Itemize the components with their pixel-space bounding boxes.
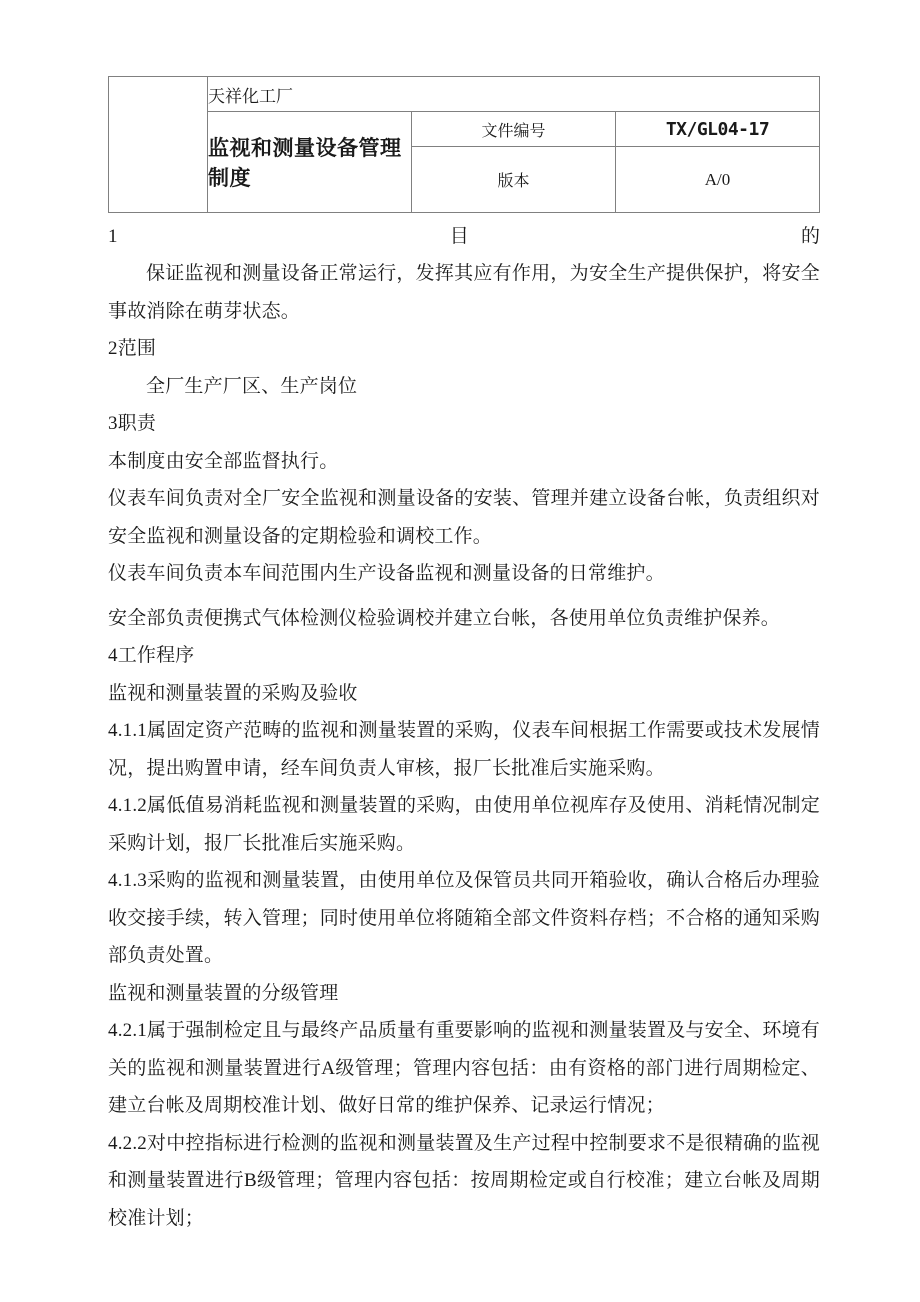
document-page: 天祥化工厂 监视和测量设备管理制度 文件编号 TX/GL04-17 版本 A/0…	[0, 0, 920, 1302]
doc-number-label: 文件编号	[481, 123, 545, 140]
section-heading-char-left: 目	[450, 218, 469, 255]
paragraph-4-1-2: 4.1.2属低值易消耗监视和测量装置的采购，由使用单位视库存及使用、消耗情况制定…	[108, 787, 820, 862]
doc-number-value: TX/GL04-17	[666, 119, 769, 140]
version-label: 版本	[497, 173, 529, 190]
paragraph-duty-3: 仪表车间负责本车间范围内生产设备监视和测量设备的日常维护。	[108, 555, 820, 593]
logo-cell	[109, 77, 208, 213]
section-heading-purpose: 1 目 的	[108, 218, 820, 255]
paragraph-4-1-3: 4.1.3采购的监视和测量装置，由使用单位及保管员共同开箱验收，确认合格后办理验…	[108, 862, 820, 975]
doc-number-value-cell: TX/GL04-17	[616, 112, 820, 147]
document-header-table: 天祥化工厂 监视和测量设备管理制度 文件编号 TX/GL04-17 版本 A/0	[108, 76, 820, 213]
section-heading-duties: 3职责	[108, 405, 820, 443]
paragraph-purpose: 保证监视和测量设备正常运行，发挥其应有作用，为安全生产提供保护，将安全事故消除在…	[108, 255, 820, 330]
section-heading-scope: 2范围	[108, 330, 820, 368]
subsection-heading-purchase: 监视和测量装置的采购及验收	[108, 675, 820, 713]
paragraph-4-2-1: 4.2.1属于强制检定且与最终产品质量有重要影响的监视和测量装置及与安全、环境有…	[108, 1012, 820, 1125]
paragraph-duty-4: 安全部负责便携式气体检测仪检验调校并建立台帐，各使用单位负责维护保养。	[108, 600, 820, 638]
document-body: 保证监视和测量设备正常运行，发挥其应有作用，为安全生产提供保护，将安全事故消除在…	[108, 255, 820, 1237]
company-name: 天祥化工厂	[208, 87, 293, 106]
document-title-cell: 监视和测量设备管理制度	[208, 112, 412, 213]
section-heading-procedure: 4工作程序	[108, 637, 820, 675]
subsection-heading-grading: 监视和测量装置的分级管理	[108, 975, 820, 1013]
section-number: 1	[108, 218, 118, 255]
paragraph-scope: 全厂生产厂区、生产岗位	[108, 368, 820, 406]
version-value-cell: A/0	[616, 147, 820, 213]
paragraph-duty-2: 仪表车间负责对全厂安全监视和测量设备的安装、管理并建立设备台帐，负责组织对安全监…	[108, 480, 820, 555]
paragraph-4-1-1: 4.1.1属固定资产范畴的监视和测量装置的采购，仪表车间根据工作需要或技术发展情…	[108, 712, 820, 787]
paragraph-duty-1: 本制度由安全部监督执行。	[108, 443, 820, 481]
company-name-cell: 天祥化工厂	[208, 77, 820, 112]
document-title: 监视和测量设备管理制度	[208, 137, 402, 190]
version-value: A/0	[705, 170, 731, 189]
version-label-cell: 版本	[412, 147, 616, 213]
paragraph-4-2-2: 4.2.2对中控指标进行检测的监视和测量装置及生产过程中控制要求不是很精确的监视…	[108, 1125, 820, 1238]
section-heading-char-right: 的	[801, 218, 820, 255]
doc-number-label-cell: 文件编号	[412, 112, 616, 147]
